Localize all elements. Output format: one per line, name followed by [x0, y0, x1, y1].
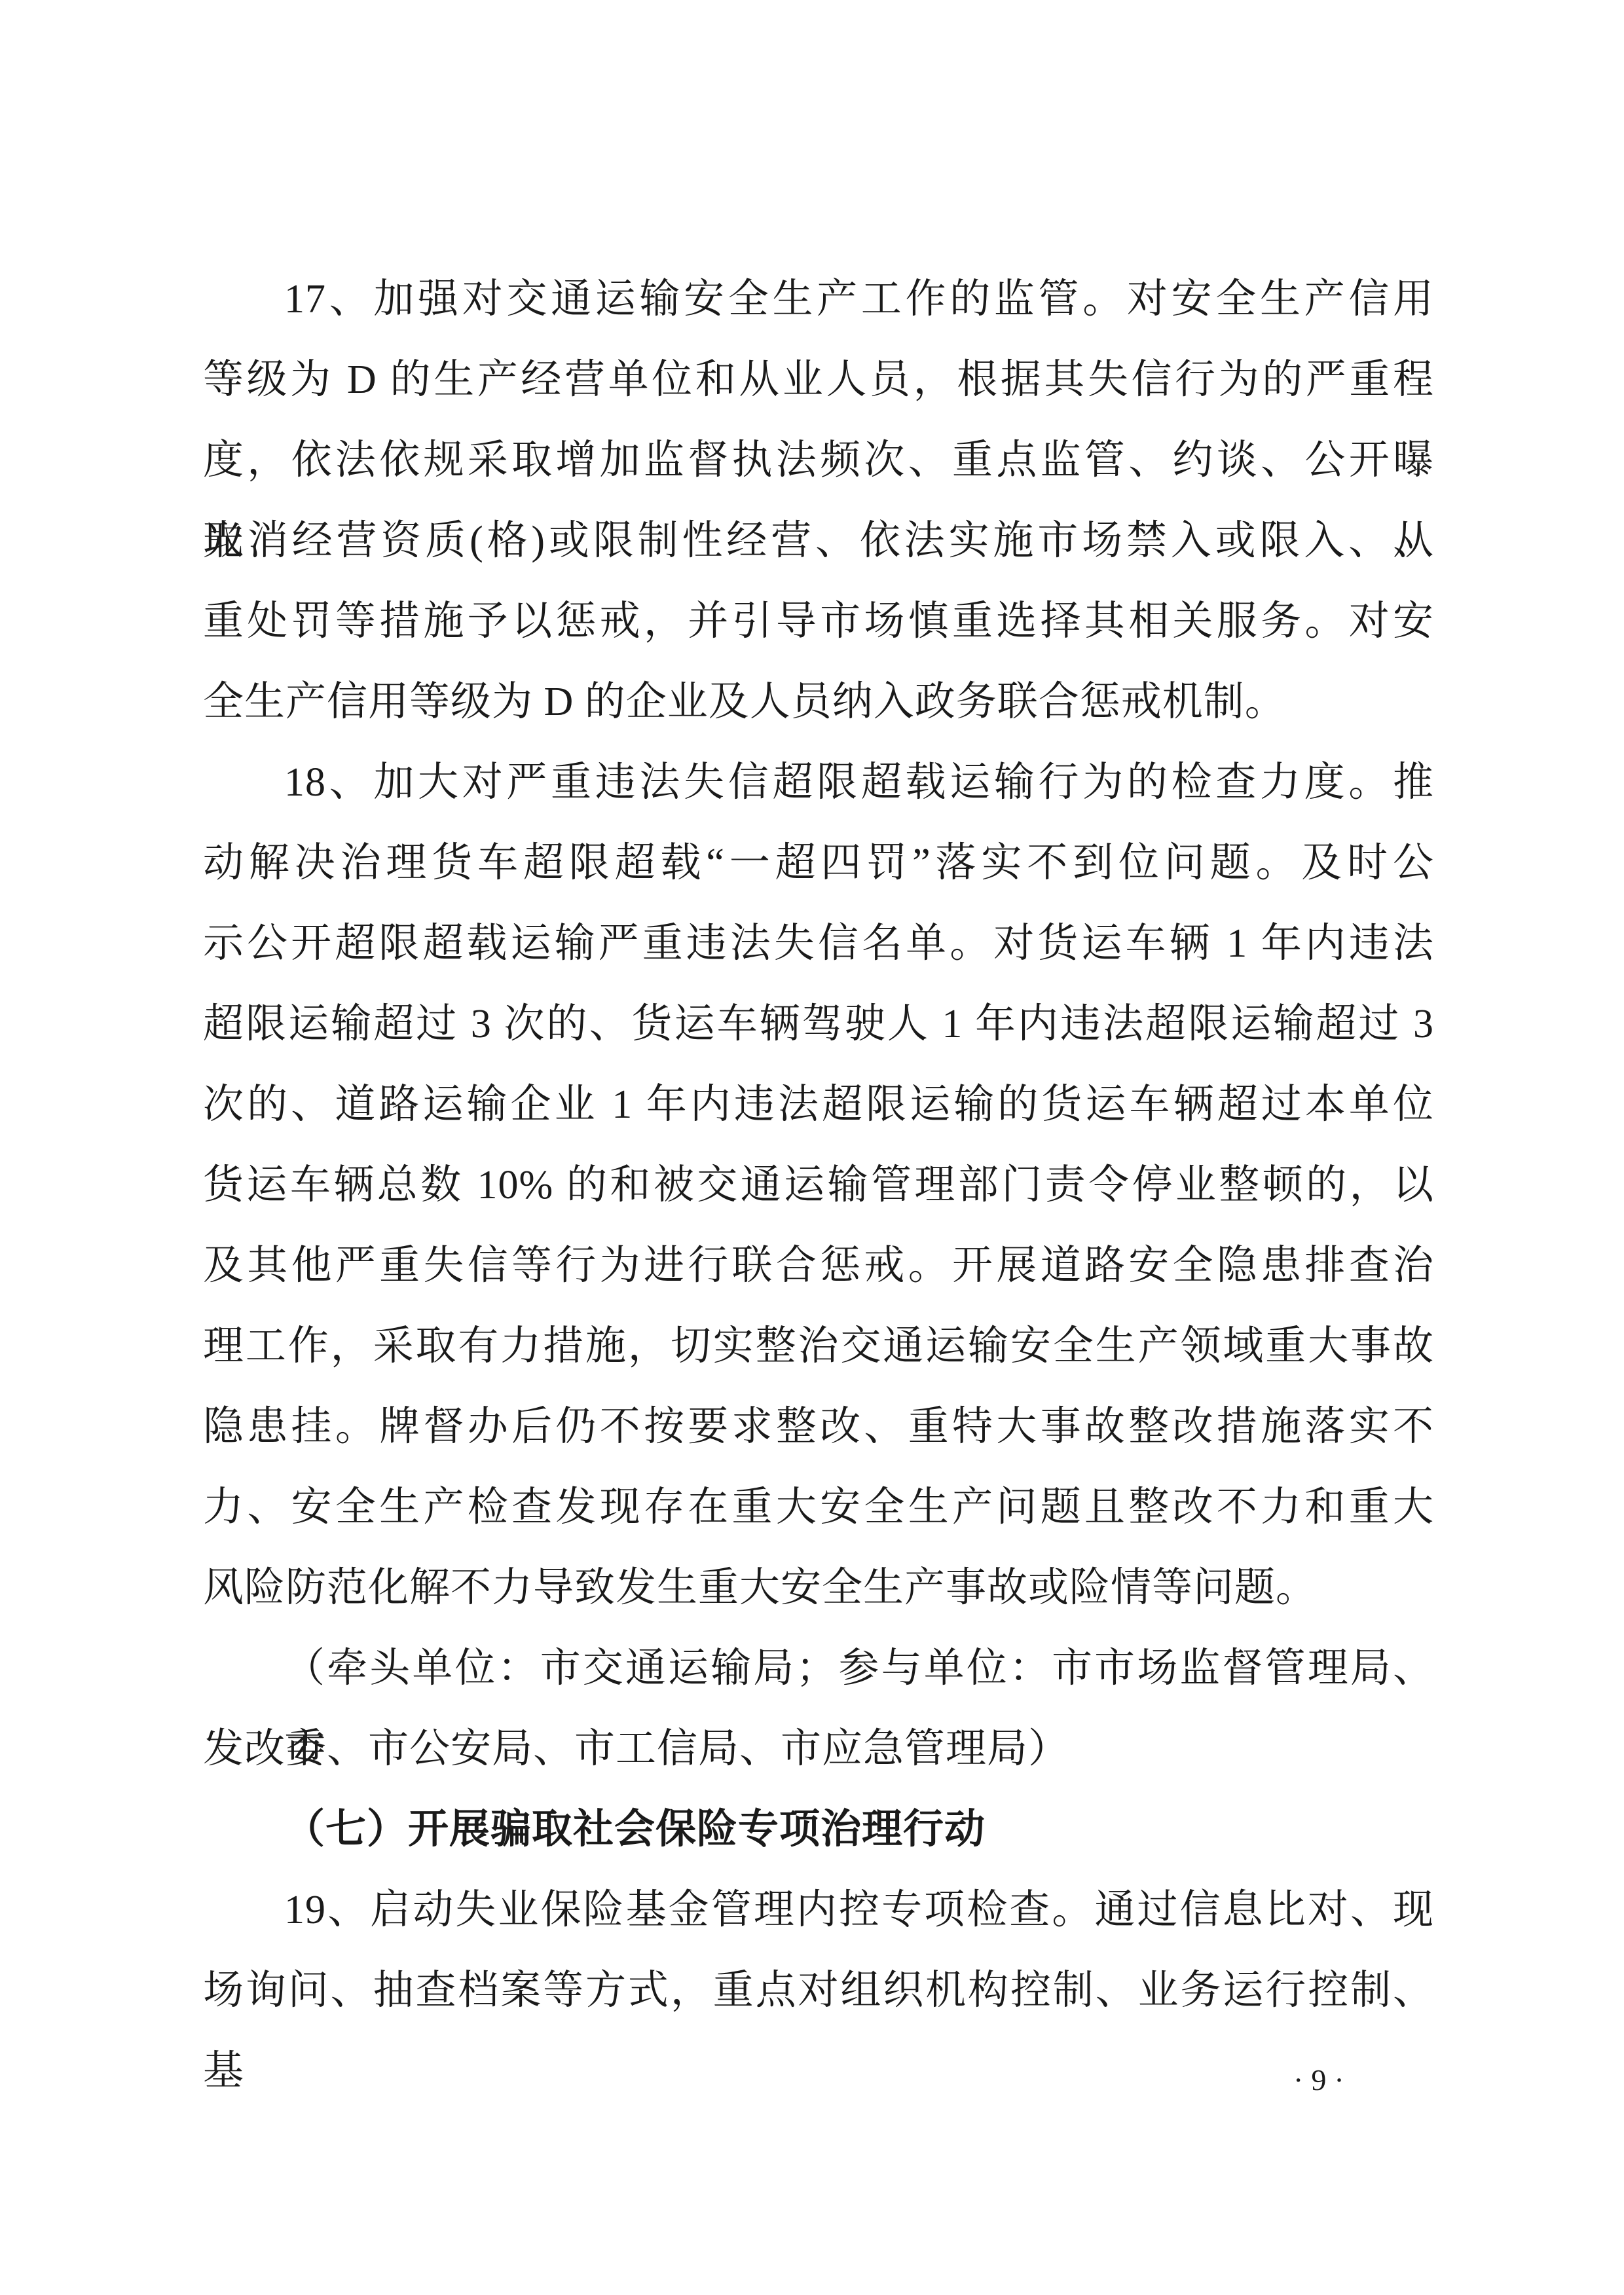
document-text-line: 示公开超限超载运输严重违法失信名单。对货运车辆 1 年内违法 — [203, 904, 1434, 984]
document-text-line: 次的、道路运输企业 1 年内违法超限运输的货运车辆超过本单位 — [203, 1065, 1434, 1145]
document-text-line: 货运车辆总数 10% 的和被交通运输管理部门责令停业整顿的，以 — [203, 1145, 1434, 1226]
document-text-line: 超限运输超过 3 次的、货运车辆驾驶人 1 年内违法超限运输超过 3 — [203, 984, 1434, 1065]
document-text-line: 发改委、市公安局、市工信局、市应急管理局） — [203, 1709, 1434, 1790]
document-text-line: 动解决治理货车超限超载“一超四罚”落实不到位问题。及时公 — [203, 823, 1434, 904]
document-text-line: （牵头单位：市交通运输局；参与单位：市市场监督管理局、市 — [203, 1628, 1434, 1709]
document-text-line: 17、加强对交通运输安全生产工作的监管。对安全生产信用 — [203, 259, 1434, 340]
document-text-line: 及其他严重失信等行为进行联合惩戒。开展道路安全隐患排查治 — [203, 1226, 1434, 1306]
document-text-line: 理工作，采取有力措施，切实整治交通运输安全生产领域重大事故 — [203, 1306, 1434, 1387]
document-text-line: 度，依法依规采取增加监督执法频次、重点监管、约谈、公开曝光、 — [203, 420, 1434, 501]
document-text-line: 18、加大对严重违法失信超限超载运输行为的检查力度。推 — [203, 743, 1434, 823]
document-text-line: 力、安全生产检查发现存在重大安全生产问题且整改不力和重大 — [203, 1467, 1434, 1548]
document-body: 17、加强对交通运输安全生产工作的监管。对安全生产信用等级为 D 的生产经营单位… — [203, 259, 1434, 2031]
document-text-line: 风险防范化解不力导致发生重大安全生产事故或险情等问题。 — [203, 1548, 1434, 1628]
document-text-line: 重处罚等措施予以惩戒，并引导市场慎重选择其相关服务。对安 — [203, 581, 1434, 662]
document-page: 17、加强对交通运输安全生产工作的监管。对安全生产信用等级为 D 的生产经营单位… — [0, 0, 1624, 2295]
document-text-line: 等级为 D 的生产经营单位和从业人员，根据其失信行为的严重程 — [203, 340, 1434, 420]
document-text-line: 场询问、抽查档案等方式，重点对组织机构控制、业务运行控制、基 — [203, 1951, 1434, 2031]
page-number: ·9· — [1293, 2063, 1352, 2097]
document-text-line: 隐患挂。牌督办后仍不按要求整改、重特大事故整改措施落实不 — [203, 1387, 1434, 1467]
document-text-line: 全生产信用等级为 D 的企业及人员纳入政务联合惩戒机制。 — [203, 662, 1434, 743]
document-text-line: 取消经营资质(格)或限制性经营、依法实施市场禁入或限入、从 — [203, 501, 1434, 581]
document-text-line: 19、启动失业保险基金管理内控专项检查。通过信息比对、现 — [203, 1870, 1434, 1951]
section-heading-line: （七）开展骗取社会保险专项治理行动 — [203, 1790, 1434, 1870]
